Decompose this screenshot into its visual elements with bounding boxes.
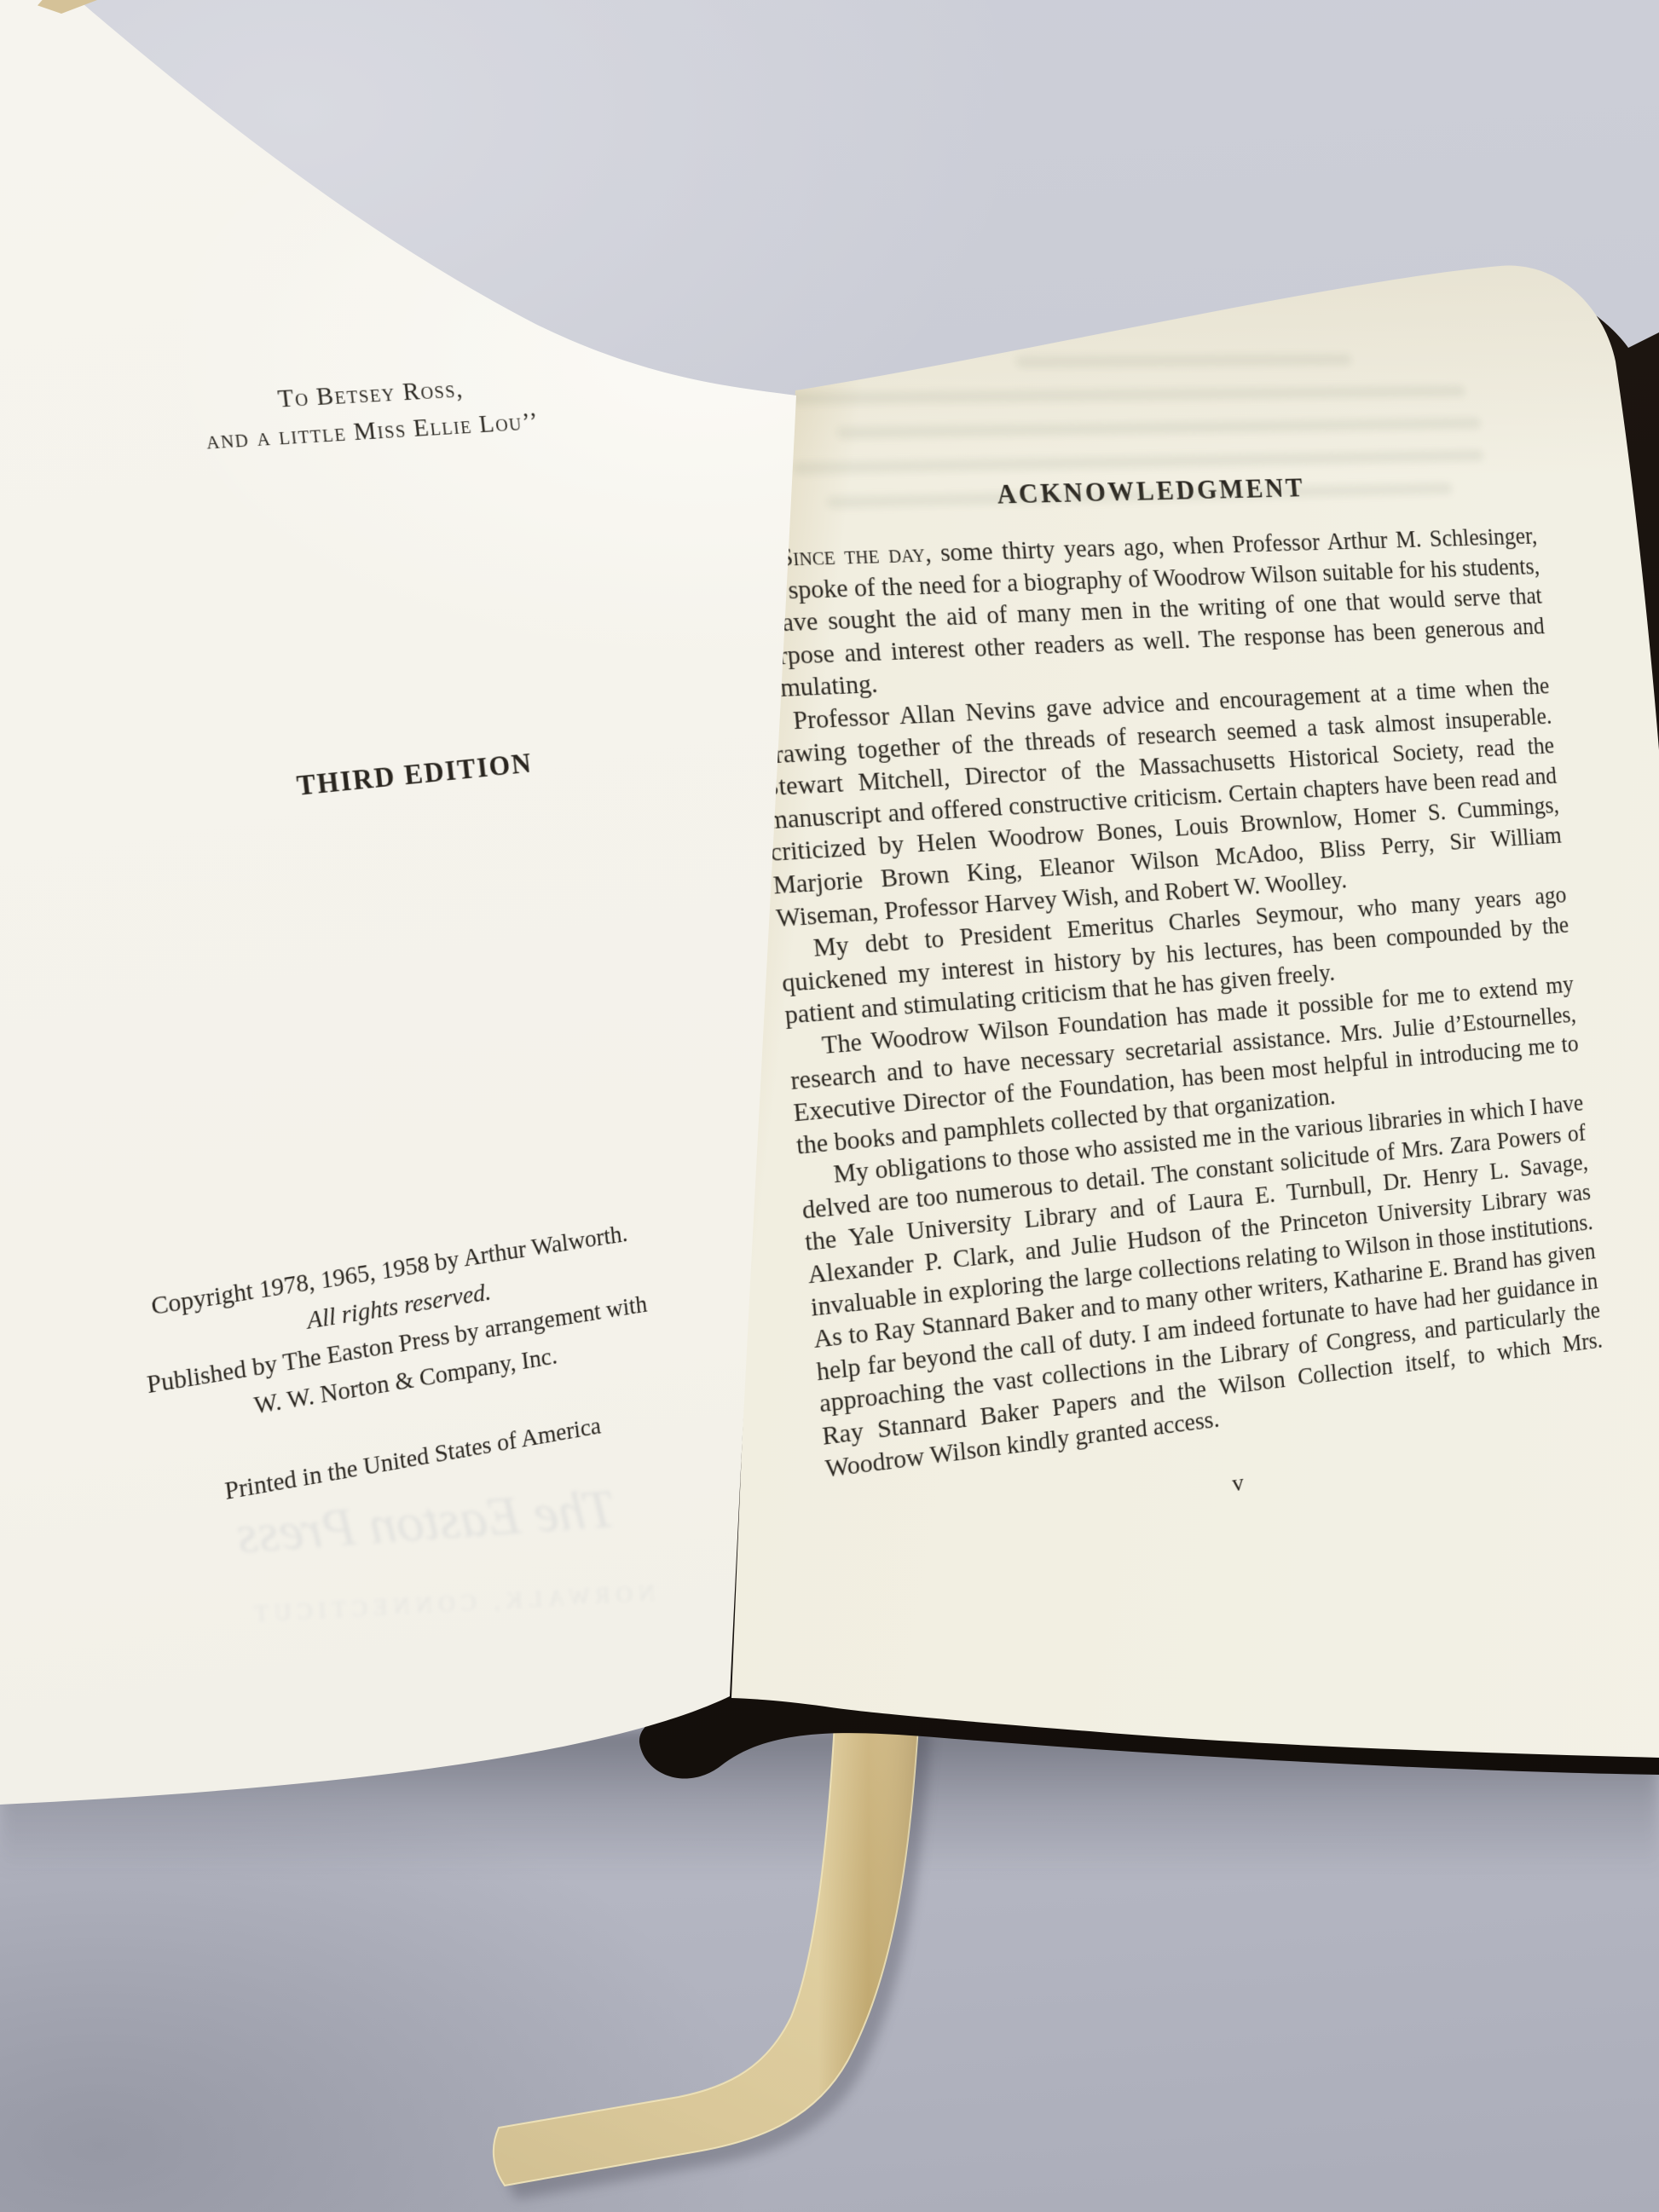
book-photo: ACKNOWLEDGMENT Since the day, some thirt… [0,0,1659,2212]
showthrough-line [827,482,1453,508]
showthrough-line [792,450,1484,475]
acknowledgment-body: Since the day, some thirty years ago, wh… [743,522,1606,1486]
showthrough-line [836,418,1482,439]
ribbon-sheen [494,1708,919,2186]
dedication: To Betsey Ross, and a little Miss Ellie … [130,363,604,464]
copyright-block: Copyright 1978, 1965, 1958 by Arthur Wal… [81,1206,710,1532]
showthrough-line [786,385,1465,404]
edition-title: THIRD EDITION [195,739,627,812]
right-page-text: ACKNOWLEDGMENT Since the day, some thirt… [656,467,1659,1764]
showthrough-text [783,353,1529,532]
showthrough-line [1015,354,1351,367]
paragraph-1-lead: Since the day, [777,540,933,572]
